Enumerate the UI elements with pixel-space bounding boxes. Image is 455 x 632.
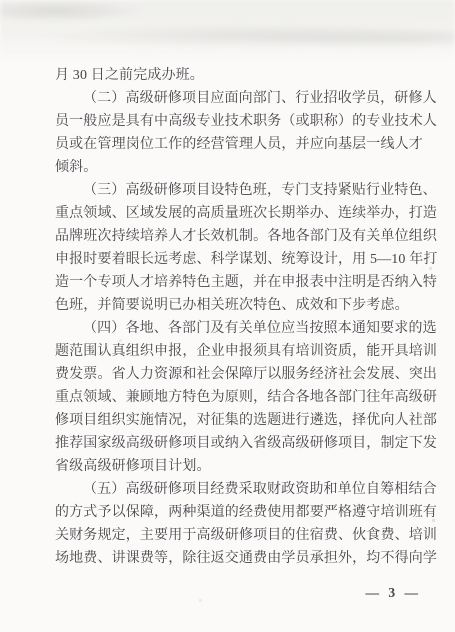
scan-artifact-top-band xyxy=(0,0,455,62)
text-line: 省级高级研修项目计划。 xyxy=(55,455,427,478)
text-line: 色班，并简要说明已办相关班次特色、成效和下步考虑。 xyxy=(55,294,427,317)
text-line: 申报时要着眼长远考虑、科学谋划、统筹设计，用 5—10 年打 xyxy=(55,248,427,271)
text-line: （二）高级研修项目应面向部门、行业招收学员，研修人 xyxy=(55,87,427,110)
text-line: 造一个专项人才培养特色主题，并在申报表中注明是否纳入特 xyxy=(55,271,427,294)
text-line: 修项目组织实施情况，对征集的选题进行遴选，择优向人社部 xyxy=(55,409,427,432)
text-line: （五）高级研修项目经费采取财政资助和单位自筹相结合 xyxy=(55,478,427,501)
text-line: 的方式予以保障，两种渠道的经费使用都要严格遵守培训班有 xyxy=(55,501,427,524)
text-line: 员一般应是具有中高级专业技术职务（或职称）的专业技术人 xyxy=(55,110,427,133)
text-line: 场地费、讲课费等，除往返交通费由学员承担外，均不得向学 xyxy=(55,547,427,570)
text-line: 重点领域、区域发展的高质量班次长期举办、连续举办，打造 xyxy=(55,202,427,225)
text-line: （三）高级研修项目设特色班，专门支持紧贴行业特色、 xyxy=(55,179,427,202)
text-line: 倾斜。 xyxy=(55,156,427,179)
text-line: 品牌班次持续培养人才长效机制。各地各部门及有关单位组织 xyxy=(55,225,427,248)
text-line: 员或在管理岗位工作的经营管理人员，并应向基层一线人才 xyxy=(55,133,427,156)
text-line: 费发票。省人力资源和社会保障厅以服务经济社会发展、突出 xyxy=(55,363,427,386)
text-line: 推荐国家级高级研修项目或纳入省级高级研修项目，制定下发 xyxy=(55,432,427,455)
document-body: 月 30 日之前完成办班。（二）高级研修项目应面向部门、行业招收学员，研修人员一… xyxy=(55,64,427,570)
text-line: 关财务规定，主要用于高级研修项目的住宿费、伙食费、培训 xyxy=(55,524,427,547)
text-line: 重点领域、兼顾地方特色为原则，结合各地各部门往年高级研 xyxy=(55,386,427,409)
page-number: — 3 — xyxy=(366,585,422,601)
text-line: 月 30 日之前完成办班。 xyxy=(55,64,427,87)
scanned-document-page: 月 30 日之前完成办班。（二）高级研修项目应面向部门、行业招收学员，研修人员一… xyxy=(0,0,455,632)
scan-noise-specks xyxy=(0,0,1,1)
text-line: （四）各地、各部门及有关单位应当按照本通知要求的选 xyxy=(55,317,427,340)
text-line: 题范围认真组织申报，企业申报须具有培训资质，能开具培训 xyxy=(55,340,427,363)
